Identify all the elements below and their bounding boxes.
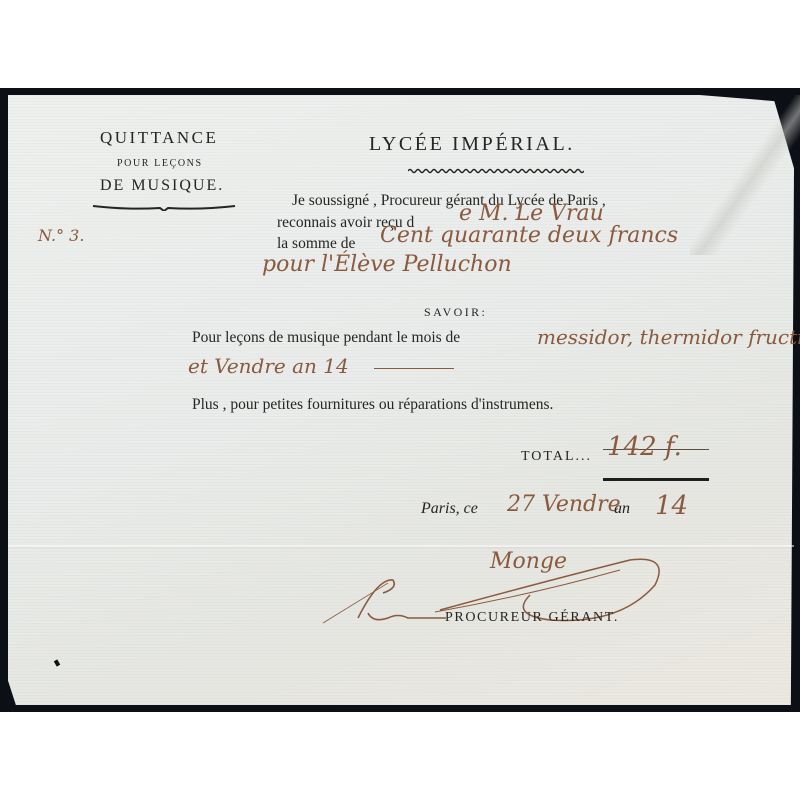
handwritten-pupil: pour l'Élève Pelluchon [262, 252, 512, 277]
supplies-line: Plus , pour petites fournitures ou répar… [192, 396, 553, 414]
year-label: an [614, 500, 630, 518]
handwritten-total: 142 f. [607, 432, 682, 462]
ornamental-rule [92, 205, 236, 211]
receipt-subtitle-2: DE MUSIQUE. [100, 177, 224, 195]
signature-text: Monge [489, 549, 567, 574]
savoir-heading: SAVOIR: [424, 305, 487, 320]
handwritten-months-1: messidor, thermidor fructidor [537, 325, 800, 349]
receipt-number: N.° 3. [38, 226, 84, 245]
receipt-subtitle: POUR LEÇONS [117, 158, 203, 169]
lessons-line: Pour leçons de musique pendant le mois d… [192, 329, 460, 347]
wavy-rule [408, 168, 584, 174]
total-label: TOTAL... [521, 449, 592, 465]
place-label: Paris, ce [421, 500, 478, 518]
handwritten-amount-words: Cent quarante deux francs [380, 223, 678, 248]
page-title: LYCÉE IMPÉRIAL. [369, 133, 575, 156]
handwritten-dash [374, 368, 454, 369]
handwritten-months-2: et Vendre an 14 [188, 354, 349, 378]
signatory-title: PROCUREUR GÉRANT. [445, 610, 619, 626]
horizontal-fold [8, 545, 794, 547]
handwritten-year: 14 [655, 491, 688, 521]
body-line-3: la somme de [277, 235, 355, 253]
receipt-title: QUITTANCE [100, 128, 218, 148]
handwritten-date: 27 Vendre [507, 492, 621, 517]
total-underline [603, 478, 709, 481]
initials-flourish [318, 568, 448, 628]
